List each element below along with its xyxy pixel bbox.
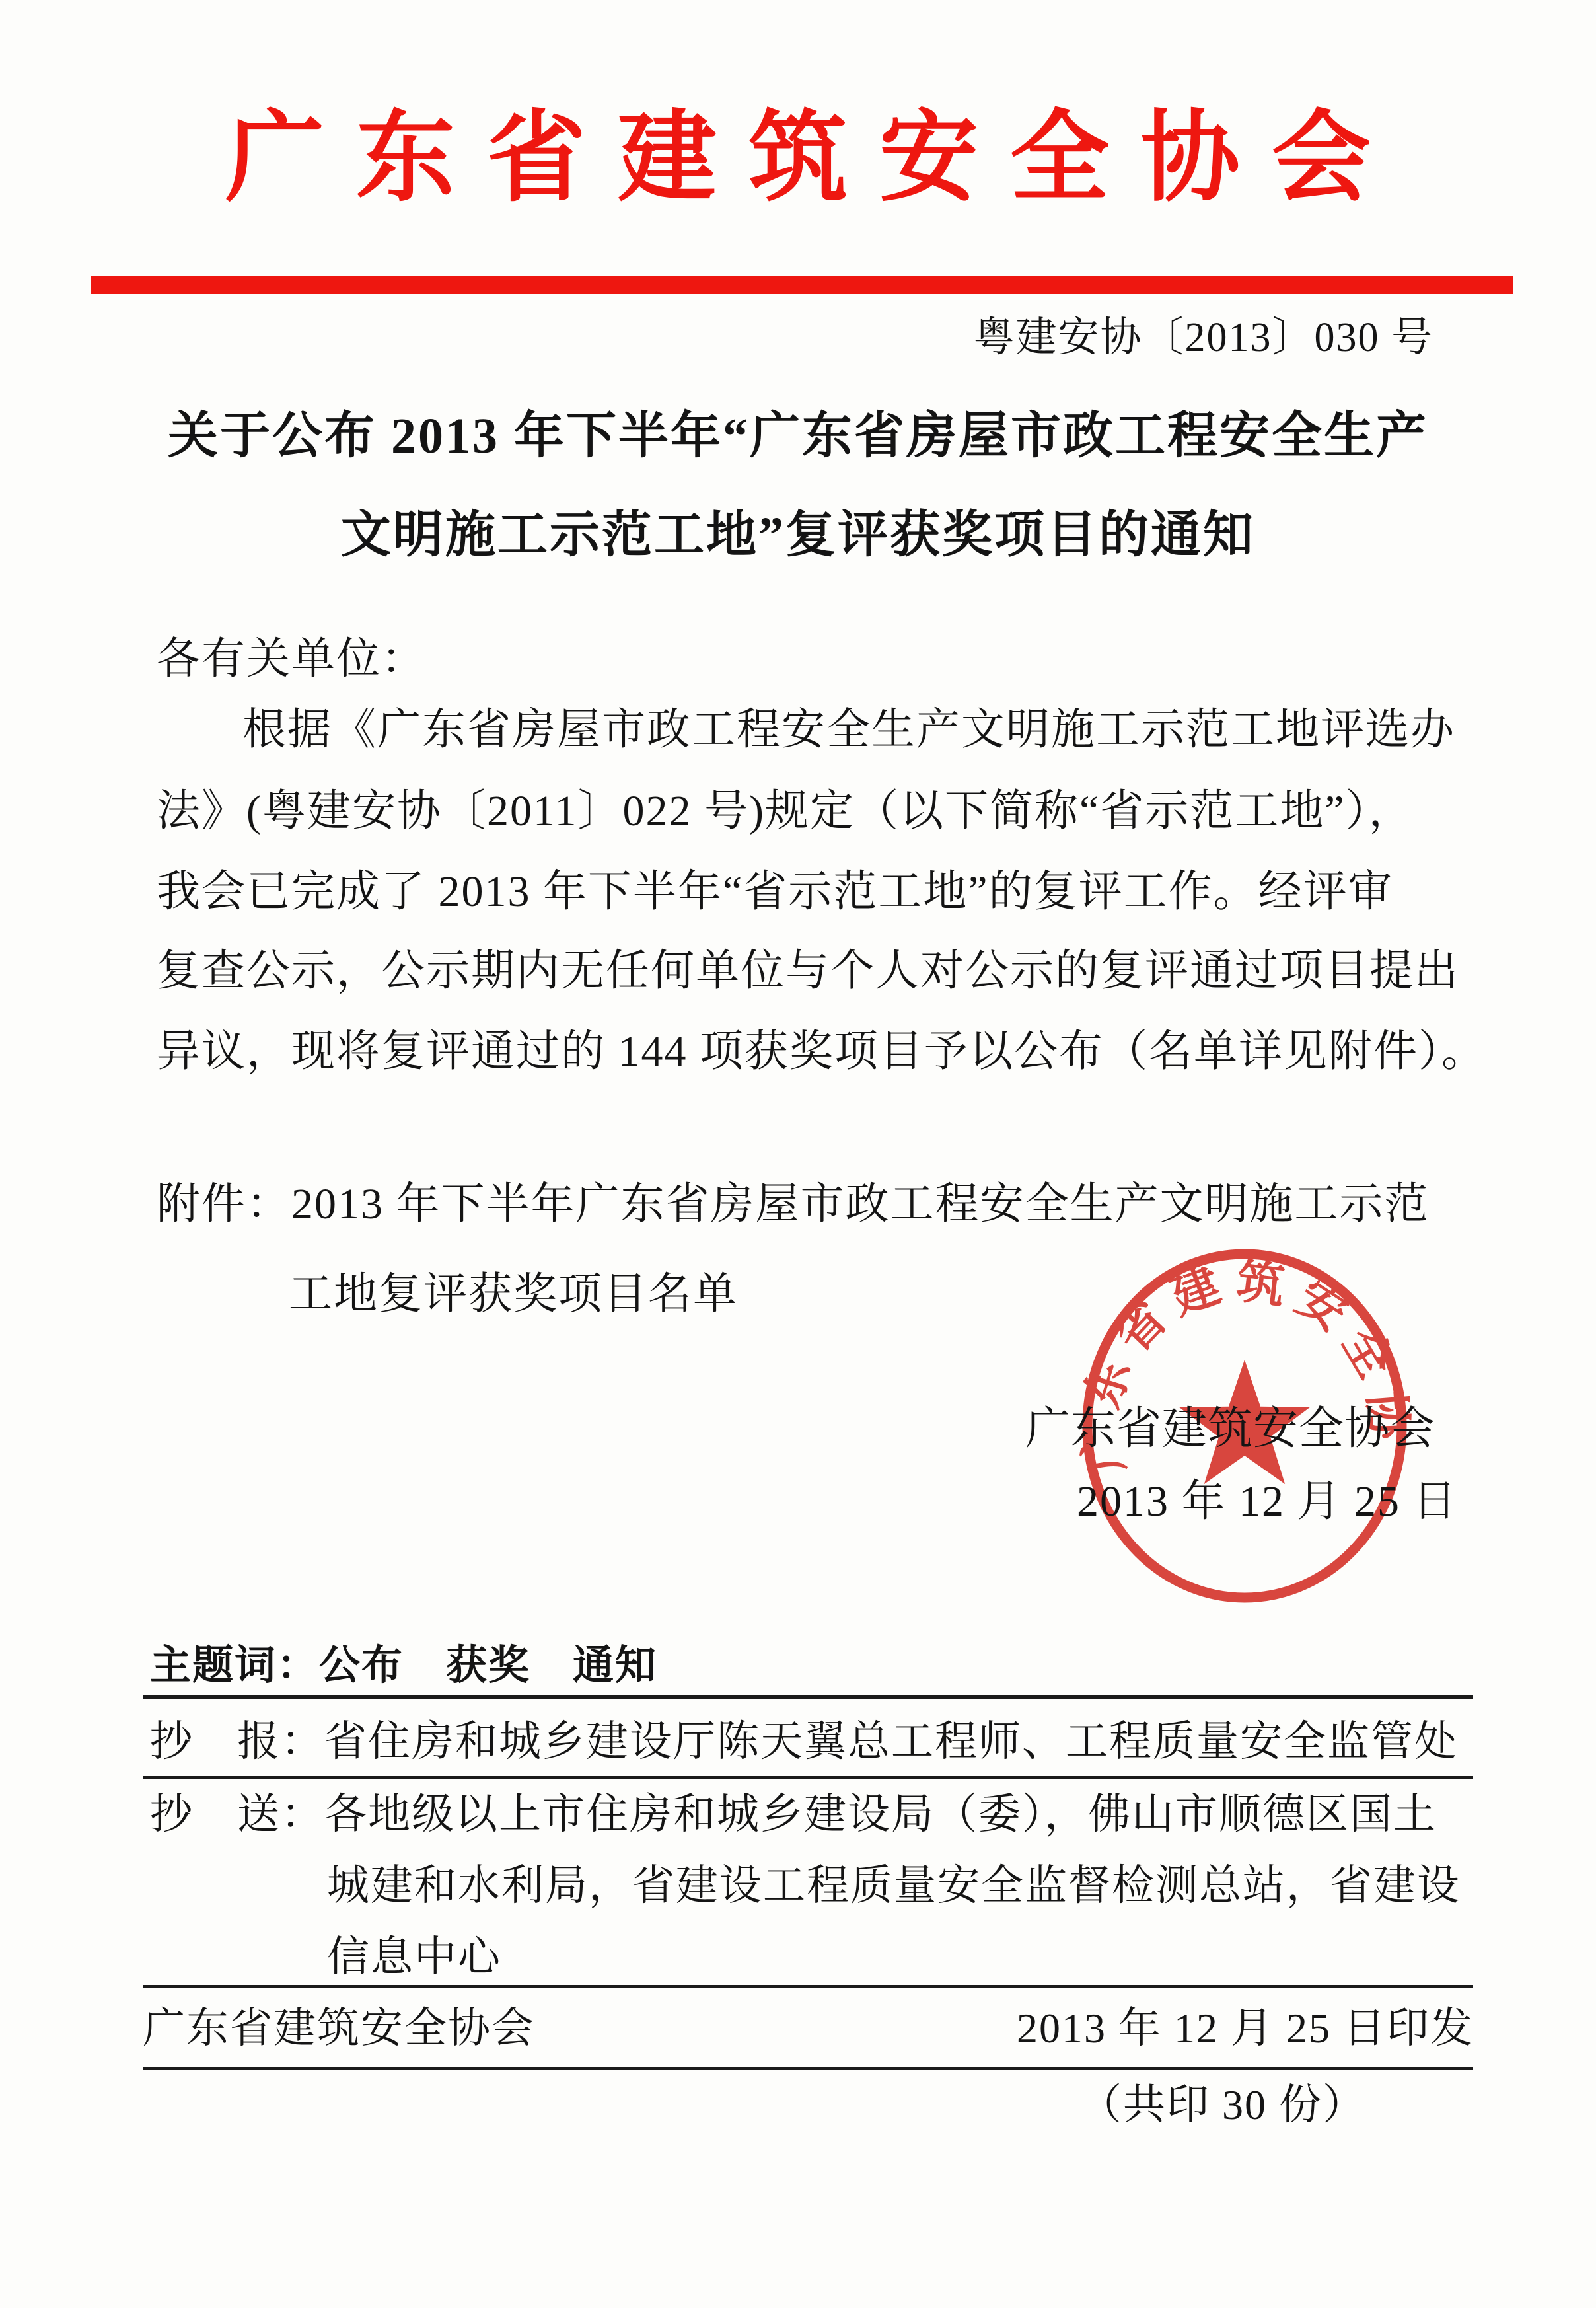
cc-report-row: 抄 报：省住房和城乡建设厅陈天翼总工程师、工程质量安全监管处 — [150, 1721, 1458, 1763]
signature-org: 广东省建筑安全协会 — [1025, 1406, 1435, 1451]
document-page: 广东省建筑安全协会 粤建安协〔2013〕030 号 关于公布 2013 年下半年… — [0, 0, 1596, 2308]
body-paragraph-line: 法》(粤建安协〔2011〕022 号)规定（以下简称“省示范工地”）， — [157, 790, 1414, 833]
subject-keywords-row: 主题词：公布 获奖 通知 — [150, 1645, 657, 1686]
cc-send-row-2: 城建和水利局，省建设工程质量安全监督检测总站，省建设 — [327, 1865, 1461, 1907]
body-paragraph-line: 根据《广东省房屋市政工程安全生产文明施工示范工地评选办 — [242, 708, 1455, 752]
notice-title-line2: 文明施工示范工地”复评获奖项目的通知 — [0, 510, 1596, 560]
footer-print-date: 2013 年 12 月 25 日印发 — [1017, 2007, 1474, 2050]
footer-copies-count: （共印 30 份） — [1079, 2084, 1366, 2126]
cc-send-row-3: 信息中心 — [327, 1936, 501, 1978]
salutation: 各有关单位： — [157, 638, 426, 681]
attachment-line2: 工地复评获奖项目名单 — [289, 1273, 738, 1316]
footer-divider-4 — [143, 2067, 1473, 2070]
org-header-title: 广东省建筑安全协会 — [0, 109, 1596, 208]
red-divider-line — [91, 276, 1513, 294]
body-paragraph-line: 复查公示，公示期内无任何单位与个人对公示的复评通过项目提出 — [157, 949, 1459, 993]
footer-divider-2 — [143, 1776, 1473, 1779]
footer-divider-1 — [143, 1695, 1473, 1699]
attachment-line1: 附件：2013 年下半年广东省房屋市政工程安全生产文明施工示范 — [157, 1183, 1430, 1226]
body-paragraph-line: 我会已完成了 2013 年下半年“省示范工地”的复评工作。经评审 — [157, 870, 1393, 914]
footer-issuer-org: 广东省建筑安全协会 — [143, 2007, 535, 2050]
body-paragraph-line: 异议，现将复评通过的 144 项获奖项目予以公布（名单详见附件）。 — [157, 1030, 1486, 1074]
footer-divider-3 — [143, 1985, 1473, 1988]
notice-title-line1: 关于公布 2013 年下半年“广东省房屋市政工程安全生产 — [0, 411, 1596, 461]
doc-number: 粤建安协〔2013〕030 号 — [973, 317, 1433, 358]
cc-send-row-1: 抄 送：各地级以上市住房和城乡建设局（委），佛山市顺德区国土 — [150, 1793, 1437, 1836]
signature-date: 2013 年 12 月 25 日 — [1077, 1480, 1458, 1524]
